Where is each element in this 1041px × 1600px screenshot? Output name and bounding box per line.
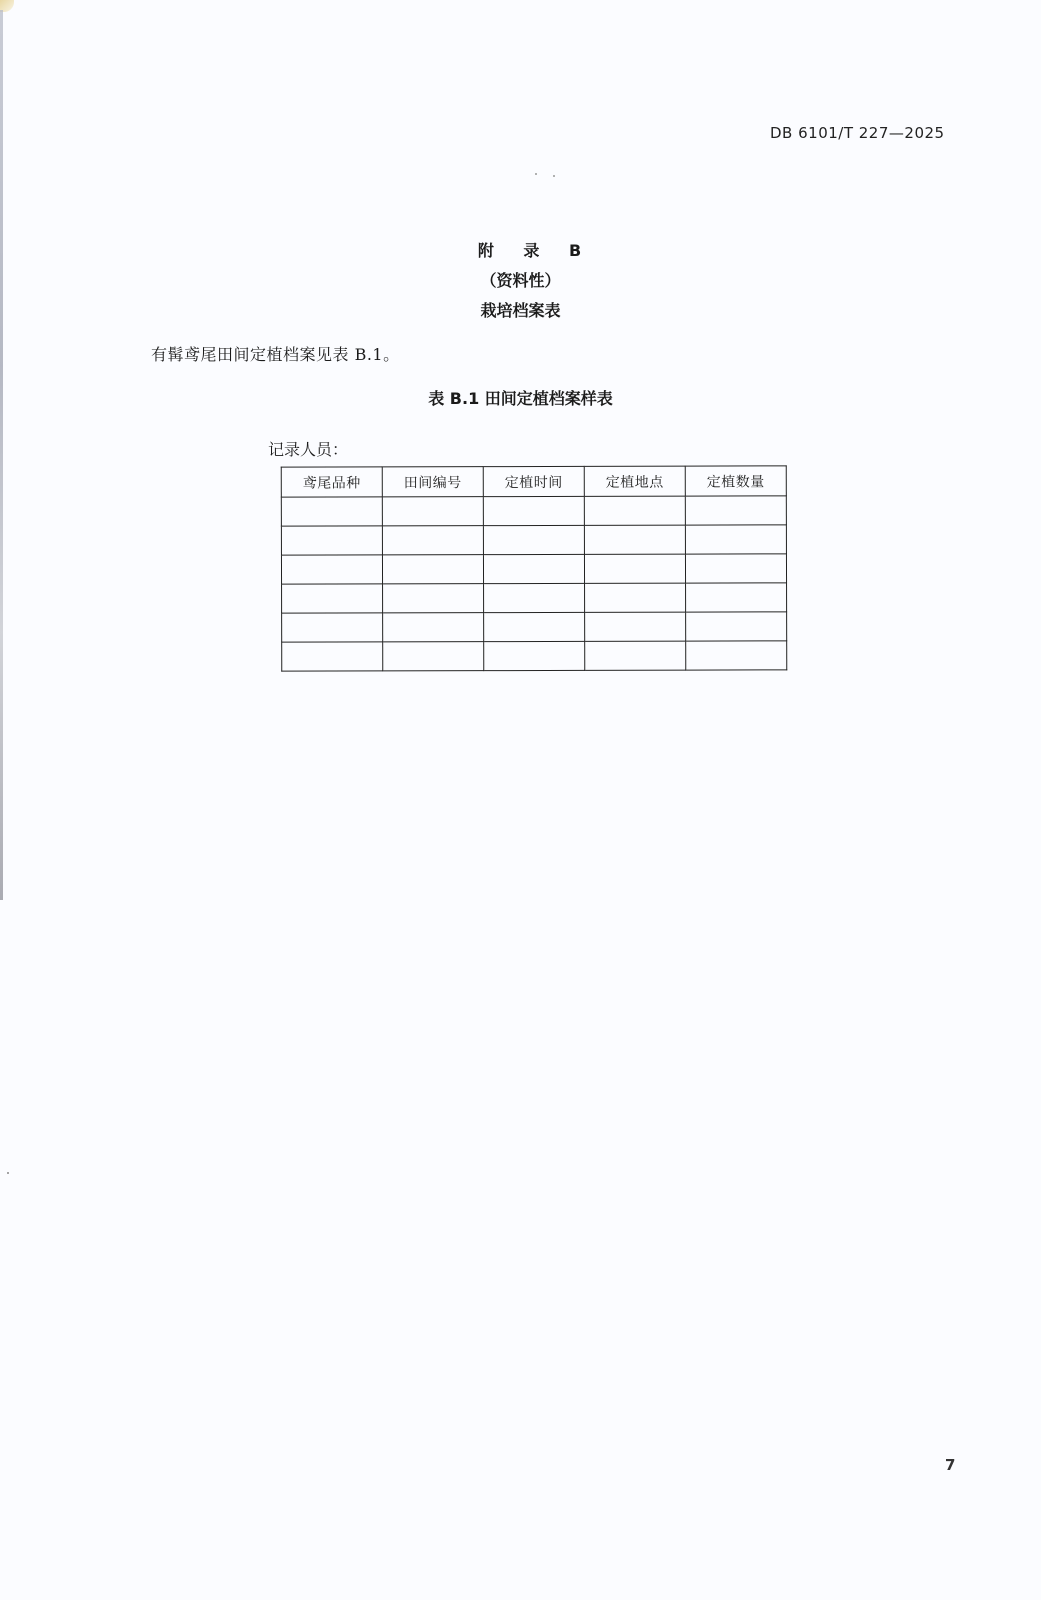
- table-cell: [686, 583, 787, 612]
- column-header: 定植数量: [685, 466, 786, 496]
- table-cell: [585, 612, 686, 641]
- table-cell: [382, 497, 483, 526]
- table-cell: [585, 583, 686, 612]
- planting-record-table: 鸢尾品种 田间编号 定植时间 定植地点 定植数量: [281, 465, 788, 671]
- table-cell: [483, 554, 584, 583]
- table-cell: [685, 496, 786, 525]
- recorder-label: 记录人员：: [268, 437, 348, 460]
- table-cell: [282, 584, 383, 613]
- scan-specks: [535, 172, 555, 178]
- table-cell: [483, 525, 584, 554]
- table-cell: [382, 526, 483, 555]
- table-row: [281, 525, 786, 555]
- table-cell: [584, 554, 685, 583]
- table-cell: [686, 641, 787, 670]
- table-cell: [282, 642, 383, 671]
- table-row: [281, 496, 786, 526]
- column-header: 鸢尾品种: [281, 467, 382, 497]
- document-code: DB 6101/T 227—2025: [770, 124, 945, 142]
- page-number: 7: [945, 1456, 955, 1474]
- table-cell: [484, 583, 585, 612]
- table-cell: [484, 641, 585, 670]
- table-cell: [281, 555, 382, 584]
- column-header: 定植时间: [483, 466, 584, 496]
- scan-left-edge: [0, 10, 3, 900]
- table-cell: [584, 525, 685, 554]
- table-cell: [585, 641, 686, 670]
- table-header-row: 鸢尾品种 田间编号 定植时间 定植地点 定植数量: [281, 466, 786, 497]
- table-body: [281, 496, 786, 671]
- table-cell: [484, 612, 585, 641]
- table-row: [282, 641, 787, 671]
- annex-nature: （资料性）: [0, 266, 1041, 296]
- table-caption: 表 B.1 田间定植档案样表: [0, 386, 1041, 409]
- scan-speck: [7, 1172, 9, 1174]
- intro-paragraph: 有髯鸢尾田间定植档案见表 B.1。: [151, 342, 400, 365]
- annex-title: 附 录 B: [0, 236, 1041, 266]
- column-header: 田间编号: [382, 467, 483, 497]
- table-row: [281, 554, 786, 584]
- table-cell: [383, 613, 484, 642]
- table-cell: [282, 613, 383, 642]
- table-cell: [383, 584, 484, 613]
- annex-heading: 附 录 B （资料性） 栽培档案表: [0, 236, 1041, 326]
- table-cell: [584, 496, 685, 525]
- table-cell: [685, 525, 786, 554]
- annex-subject: 栽培档案表: [0, 296, 1041, 326]
- table-cell: [281, 497, 382, 526]
- table-cell: [483, 496, 584, 525]
- table-cell: [382, 555, 483, 584]
- table-row: [282, 612, 787, 642]
- column-header: 定植地点: [584, 466, 685, 496]
- table-cell: [685, 554, 786, 583]
- table-cell: [686, 612, 787, 641]
- table-cell: [281, 526, 382, 555]
- table-cell: [383, 642, 484, 671]
- table-row: [282, 583, 787, 613]
